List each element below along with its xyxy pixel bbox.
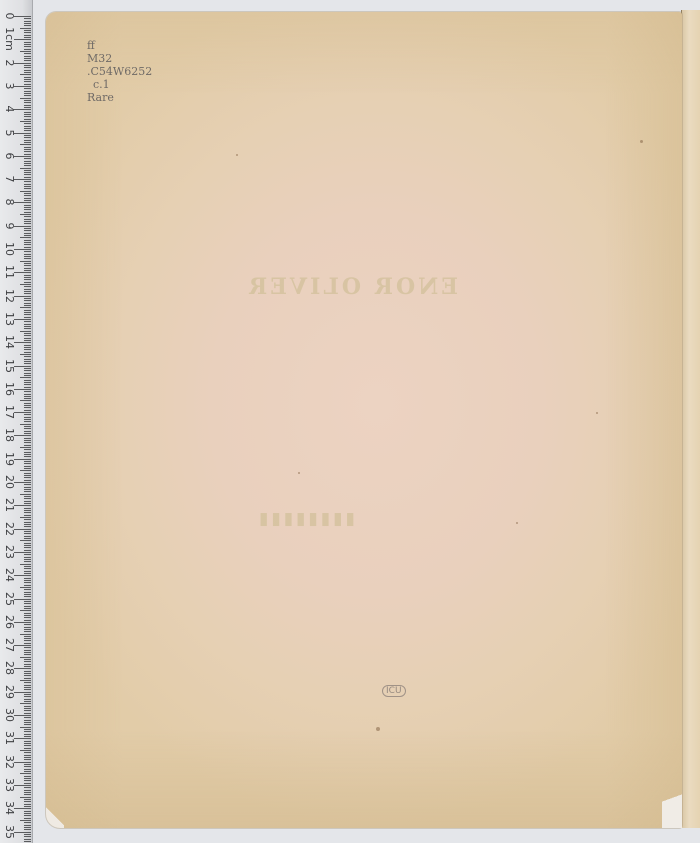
ruler-tick — [24, 489, 31, 490]
ruler-tick — [24, 638, 31, 639]
ruler-tick — [24, 678, 31, 679]
ruler-tick — [24, 613, 31, 614]
ruler-tick — [14, 715, 31, 716]
ruler-tick — [24, 49, 31, 50]
ruler-tick — [24, 100, 31, 101]
ruler-label: 3 — [3, 78, 15, 94]
ruler-tick — [24, 673, 31, 674]
ruler-tick — [20, 400, 31, 401]
ruler-tick — [24, 713, 31, 714]
ruler-tick — [24, 387, 31, 388]
ruler-tick — [24, 675, 31, 676]
ruler-tick — [24, 769, 31, 770]
ruler-tick — [14, 435, 31, 436]
back-page-edge — [681, 10, 700, 828]
ruler-label: 29 — [3, 684, 15, 700]
ruler-tick — [24, 403, 31, 404]
ruler-tick — [20, 191, 31, 192]
annotation-line: M32 — [87, 52, 152, 65]
ruler-tick — [24, 498, 31, 499]
ruler-tick — [24, 25, 31, 26]
ruler-tick — [24, 717, 31, 718]
ruler-tick — [24, 363, 31, 364]
ruler-tick — [24, 503, 31, 504]
ruler-label: 33 — [3, 777, 15, 793]
foxing-spot — [236, 154, 238, 156]
ruler-tick — [24, 631, 31, 632]
ruler-tick — [24, 801, 31, 802]
ruler-label: 0 — [3, 8, 15, 24]
ruler-tick — [24, 391, 31, 392]
ruler-tick — [24, 219, 31, 220]
ruler-tick — [24, 247, 31, 248]
ruler-tick — [20, 727, 31, 728]
ruler-tick — [24, 685, 31, 686]
ruler-tick — [24, 559, 31, 560]
ruler-tick — [24, 30, 31, 31]
ruler-tick — [24, 748, 31, 749]
ruler-tick — [24, 757, 31, 758]
call-number-annotation: ff M32 .C54W6252 c.1 Rare — [87, 39, 152, 104]
ruler-tick — [24, 428, 31, 429]
ruler-tick — [24, 81, 31, 82]
ruler-tick — [24, 130, 31, 131]
ruler-tick — [14, 179, 31, 180]
ruler-tick — [24, 745, 31, 746]
ruler-tick — [24, 682, 31, 683]
ruler-tick — [24, 305, 31, 306]
ruler-tick — [24, 752, 31, 753]
ruler-tick — [24, 526, 31, 527]
ruler-tick — [24, 207, 31, 208]
ruler-tick — [24, 822, 31, 823]
ruler-tick — [20, 331, 31, 332]
ruler-tick — [24, 522, 31, 523]
ruler-tick — [24, 454, 31, 455]
ruler-tick — [14, 692, 31, 693]
ruler-tick — [24, 223, 31, 224]
ruler-tick — [24, 258, 31, 259]
ruler-tick — [24, 235, 31, 236]
ruler-tick — [24, 783, 31, 784]
ruler-tick — [24, 170, 31, 171]
ruler-tick — [24, 356, 31, 357]
ruler-tick — [24, 172, 31, 173]
ruler-tick — [24, 37, 31, 38]
foxing-spot — [596, 412, 598, 414]
ruler-tick — [24, 303, 31, 304]
ruler-tick — [24, 547, 31, 548]
ruler-tick — [24, 396, 31, 397]
ruler-tick — [24, 114, 31, 115]
ruler-tick — [24, 345, 31, 346]
ruler-tick — [24, 328, 31, 329]
ruler-tick — [24, 487, 31, 488]
ruler-tick — [24, 643, 31, 644]
ruler-tick — [24, 116, 31, 117]
ruler-tick — [24, 771, 31, 772]
ruler-tick — [14, 226, 31, 227]
ruler-tick — [20, 820, 31, 821]
ruler-tick — [24, 806, 31, 807]
ruler-tick — [24, 811, 31, 812]
ruler-tick — [24, 496, 31, 497]
foxing-spot — [640, 140, 643, 143]
ruler-tick — [24, 95, 31, 96]
ruler-tick — [24, 112, 31, 113]
ruler-tick — [24, 165, 31, 166]
ruler-tick — [24, 188, 31, 189]
ruler-tick — [24, 230, 31, 231]
ruler-tick — [24, 310, 31, 311]
ruler-label: 21 — [3, 497, 15, 513]
ruler-tick — [24, 317, 31, 318]
ruler-label: 14 — [3, 334, 15, 350]
ruler-label: 13 — [3, 311, 15, 327]
ruler-tick — [24, 491, 31, 492]
ruler-tick — [24, 349, 31, 350]
ruler-tick — [24, 708, 31, 709]
ruler-tick — [24, 53, 31, 54]
ruler-label: 2 — [3, 55, 15, 71]
ruler-tick — [20, 703, 31, 704]
ruler-tick — [24, 573, 31, 574]
ruler-tick — [24, 326, 31, 327]
worn-corner — [46, 800, 64, 828]
ruler-tick — [14, 342, 31, 343]
ruler-tick — [24, 18, 31, 19]
ruler-tick — [20, 587, 31, 588]
ruler-tick — [20, 447, 31, 448]
ruler-tick — [24, 193, 31, 194]
ruler-tick — [14, 202, 31, 203]
ruler-tick — [24, 275, 31, 276]
ruler-tick — [14, 39, 31, 40]
ruler-tick — [24, 461, 31, 462]
ruler-tick — [24, 228, 31, 229]
ruler-tick — [14, 622, 31, 623]
ruler-tick — [24, 780, 31, 781]
ruler-label: 18 — [3, 427, 15, 443]
ruler-tick — [20, 74, 31, 75]
ruler-tick — [24, 734, 31, 735]
ruler-tick — [24, 620, 31, 621]
ruler-tick — [24, 279, 31, 280]
ruler-tick — [24, 277, 31, 278]
ruler-tick — [24, 324, 31, 325]
ruler-tick — [24, 161, 31, 162]
ruler-tick — [24, 825, 31, 826]
ruler-tick — [24, 799, 31, 800]
ruler-label: 23 — [3, 544, 15, 560]
ruler-tick — [24, 212, 31, 213]
ruler-tick — [24, 91, 31, 92]
ruler-tick — [24, 466, 31, 467]
ruler-tick — [24, 440, 31, 441]
ruler-label: 16 — [3, 381, 15, 397]
ruler-tick — [24, 107, 31, 108]
ruler-tick — [24, 699, 31, 700]
ruler-tick — [24, 818, 31, 819]
ruler-tick — [24, 60, 31, 61]
ruler-tick — [24, 519, 31, 520]
ruler-tick — [24, 410, 31, 411]
ruler-tick — [24, 352, 31, 353]
ruler-tick — [24, 333, 31, 334]
ruler-tick — [24, 254, 31, 255]
ruler-label: 30 — [3, 707, 15, 723]
ruler-tick — [24, 174, 31, 175]
ruler-tick — [24, 617, 31, 618]
ruler-tick — [24, 722, 31, 723]
ruler-tick — [24, 480, 31, 481]
ruler-tick — [24, 198, 31, 199]
ruler-tick — [24, 554, 31, 555]
ruler-tick — [14, 366, 31, 367]
ruler-tick — [24, 815, 31, 816]
scan-stage: 01cm234567891011121314151617181920212223… — [0, 0, 700, 843]
ruler-tick — [24, 195, 31, 196]
ruler-tick — [24, 578, 31, 579]
ruler-tick — [24, 787, 31, 788]
ruler-tick — [24, 44, 31, 45]
ruler-tick — [24, 263, 31, 264]
ruler-tick — [24, 394, 31, 395]
ruler-tick — [24, 291, 31, 292]
ruler-tick — [24, 608, 31, 609]
ruler-tick — [24, 84, 31, 85]
ruler-tick — [24, 240, 31, 241]
ruler-tick — [20, 237, 31, 238]
ruler-tick — [20, 564, 31, 565]
ruler-tick — [20, 797, 31, 798]
ruler-label: 32 — [3, 754, 15, 770]
ruler-tick — [24, 694, 31, 695]
ruler-tick — [24, 538, 31, 539]
ruler-tick — [20, 28, 31, 29]
ruler-tick — [24, 67, 31, 68]
library-stamp: ICU — [382, 685, 406, 697]
ruler-tick — [24, 158, 31, 159]
document-page: ff M32 .C54W6252 c.1 Rare ENOR OLIVER ▮▮… — [46, 12, 682, 828]
ruler-tick — [24, 142, 31, 143]
ruler-tick — [24, 759, 31, 760]
ruler-tick — [24, 414, 31, 415]
ruler-tick — [14, 645, 31, 646]
ruler-tick — [24, 126, 31, 127]
ruler-tick — [24, 244, 31, 245]
ruler-tick — [24, 456, 31, 457]
ruler-tick — [24, 375, 31, 376]
ruler-tick — [24, 270, 31, 271]
ruler-tick — [24, 512, 31, 513]
ruler-tick — [20, 377, 31, 378]
ruler-tick — [24, 209, 31, 210]
ruler-tick — [24, 407, 31, 408]
ruler-label: 10 — [3, 241, 15, 257]
ruler-tick — [24, 636, 31, 637]
ruler-tick — [24, 654, 31, 655]
ruler-tick — [24, 265, 31, 266]
ruler-tick — [20, 168, 31, 169]
ruler-tick — [20, 680, 31, 681]
ruler-tick — [24, 501, 31, 502]
ruler-tick — [24, 689, 31, 690]
bleed-through-subtitle: ▮▮▮▮▮▮▮▮ — [256, 509, 355, 529]
ruler-label: 27 — [3, 637, 15, 653]
ruler-tick — [24, 77, 31, 78]
ruler-tick — [24, 468, 31, 469]
ruler-tick — [24, 766, 31, 767]
ruler-tick — [14, 785, 31, 786]
ruler-label: 19 — [3, 451, 15, 467]
ruler-tick — [24, 72, 31, 73]
ruler-tick — [14, 156, 31, 157]
ruler-tick — [24, 533, 31, 534]
ruler-tick — [24, 151, 31, 152]
ruler-tick — [24, 580, 31, 581]
ruler-tick — [24, 449, 31, 450]
ruler-tick — [24, 790, 31, 791]
ruler-tick — [14, 133, 31, 134]
annotation-line: Rare — [87, 91, 152, 104]
ruler-tick — [24, 473, 31, 474]
ruler-tick — [24, 834, 31, 835]
ruler-label: 9 — [3, 218, 15, 234]
ruler-tick — [20, 144, 31, 145]
ruler-tick — [24, 829, 31, 830]
measurement-ruler: 01cm234567891011121314151617181920212223… — [0, 0, 33, 843]
ruler-tick — [24, 163, 31, 164]
ruler-tick — [24, 370, 31, 371]
ruler-tick — [14, 389, 31, 390]
ruler-tick — [14, 249, 31, 250]
ruler-tick — [24, 463, 31, 464]
ruler-tick — [24, 592, 31, 593]
ruler-tick — [24, 154, 31, 155]
ruler-tick — [24, 289, 31, 290]
ruler-tick — [24, 347, 31, 348]
ruler-tick — [24, 361, 31, 362]
ruler-tick — [20, 354, 31, 355]
ruler-label: 12 — [3, 288, 15, 304]
ruler-tick — [14, 762, 31, 763]
ruler-tick — [14, 459, 31, 460]
ruler-tick — [24, 661, 31, 662]
ruler-tick — [24, 596, 31, 597]
ruler-tick — [24, 359, 31, 360]
ruler-tick — [24, 373, 31, 374]
ruler-tick — [24, 475, 31, 476]
annotation-line: .C54W6252 — [87, 65, 152, 78]
ruler-tick — [24, 508, 31, 509]
ruler-tick — [20, 540, 31, 541]
ruler-tick — [24, 340, 31, 341]
ruler-tick — [24, 312, 31, 313]
ruler-label: 22 — [3, 521, 15, 537]
ruler-tick — [24, 384, 31, 385]
ruler-tick — [24, 314, 31, 315]
ruler-tick — [24, 421, 31, 422]
ruler-tick — [24, 585, 31, 586]
ruler-tick — [24, 640, 31, 641]
ruler-label: 5 — [3, 125, 15, 141]
ruler-tick — [24, 442, 31, 443]
ruler-label: 25 — [3, 591, 15, 607]
ruler-tick — [24, 629, 31, 630]
ruler-label: 31 — [3, 730, 15, 746]
ruler-tick — [24, 119, 31, 120]
ruler-tick — [24, 836, 31, 837]
ruler-tick — [24, 398, 31, 399]
torn-corner — [662, 768, 682, 828]
ruler-tick — [24, 417, 31, 418]
ruler-tick — [24, 426, 31, 427]
ruler-tick — [20, 307, 31, 308]
ruler-tick — [24, 724, 31, 725]
ruler-tick — [24, 671, 31, 672]
ruler-label: 11 — [3, 264, 15, 280]
ruler-tick — [24, 706, 31, 707]
ruler-label: 35 — [3, 824, 15, 840]
ruler-label: 4 — [3, 101, 15, 117]
ruler-tick — [24, 221, 31, 222]
ruler-tick — [24, 624, 31, 625]
ruler-tick — [24, 659, 31, 660]
ruler-tick — [24, 650, 31, 651]
ruler-tick — [24, 419, 31, 420]
ruler-tick — [14, 319, 31, 320]
ruler-tick — [24, 666, 31, 667]
ruler-tick — [20, 610, 31, 611]
foxing-spot — [516, 522, 518, 524]
ruler-tick — [24, 627, 31, 628]
ruler-tick — [24, 561, 31, 562]
ruler-tick — [24, 123, 31, 124]
ruler-tick — [24, 200, 31, 201]
ruler-tick — [20, 517, 31, 518]
ruler-tick — [20, 750, 31, 751]
ruler-tick — [14, 832, 31, 833]
ruler-tick — [20, 657, 31, 658]
ruler-tick — [24, 93, 31, 94]
ruler-tick — [24, 566, 31, 567]
ruler-tick — [24, 603, 31, 604]
ruler-tick — [24, 46, 31, 47]
ruler-label: 15 — [3, 358, 15, 374]
ruler-tick — [24, 720, 31, 721]
ruler-tick — [24, 568, 31, 569]
ruler-tick — [24, 594, 31, 595]
ruler-tick — [24, 545, 31, 546]
annotation-line: ff — [87, 39, 152, 52]
ruler-tick — [24, 557, 31, 558]
ruler-tick — [24, 524, 31, 525]
ruler-tick — [24, 794, 31, 795]
ruler-tick — [24, 582, 31, 583]
ruler-tick — [24, 792, 31, 793]
ruler-tick — [24, 736, 31, 737]
ruler-tick — [24, 452, 31, 453]
ruler-tick — [24, 58, 31, 59]
ruler-tick — [24, 543, 31, 544]
ruler-tick — [24, 743, 31, 744]
ruler-tick — [20, 214, 31, 215]
ruler-tick — [24, 216, 31, 217]
ruler-tick — [24, 35, 31, 36]
ruler-tick — [24, 286, 31, 287]
ruler-tick — [24, 755, 31, 756]
